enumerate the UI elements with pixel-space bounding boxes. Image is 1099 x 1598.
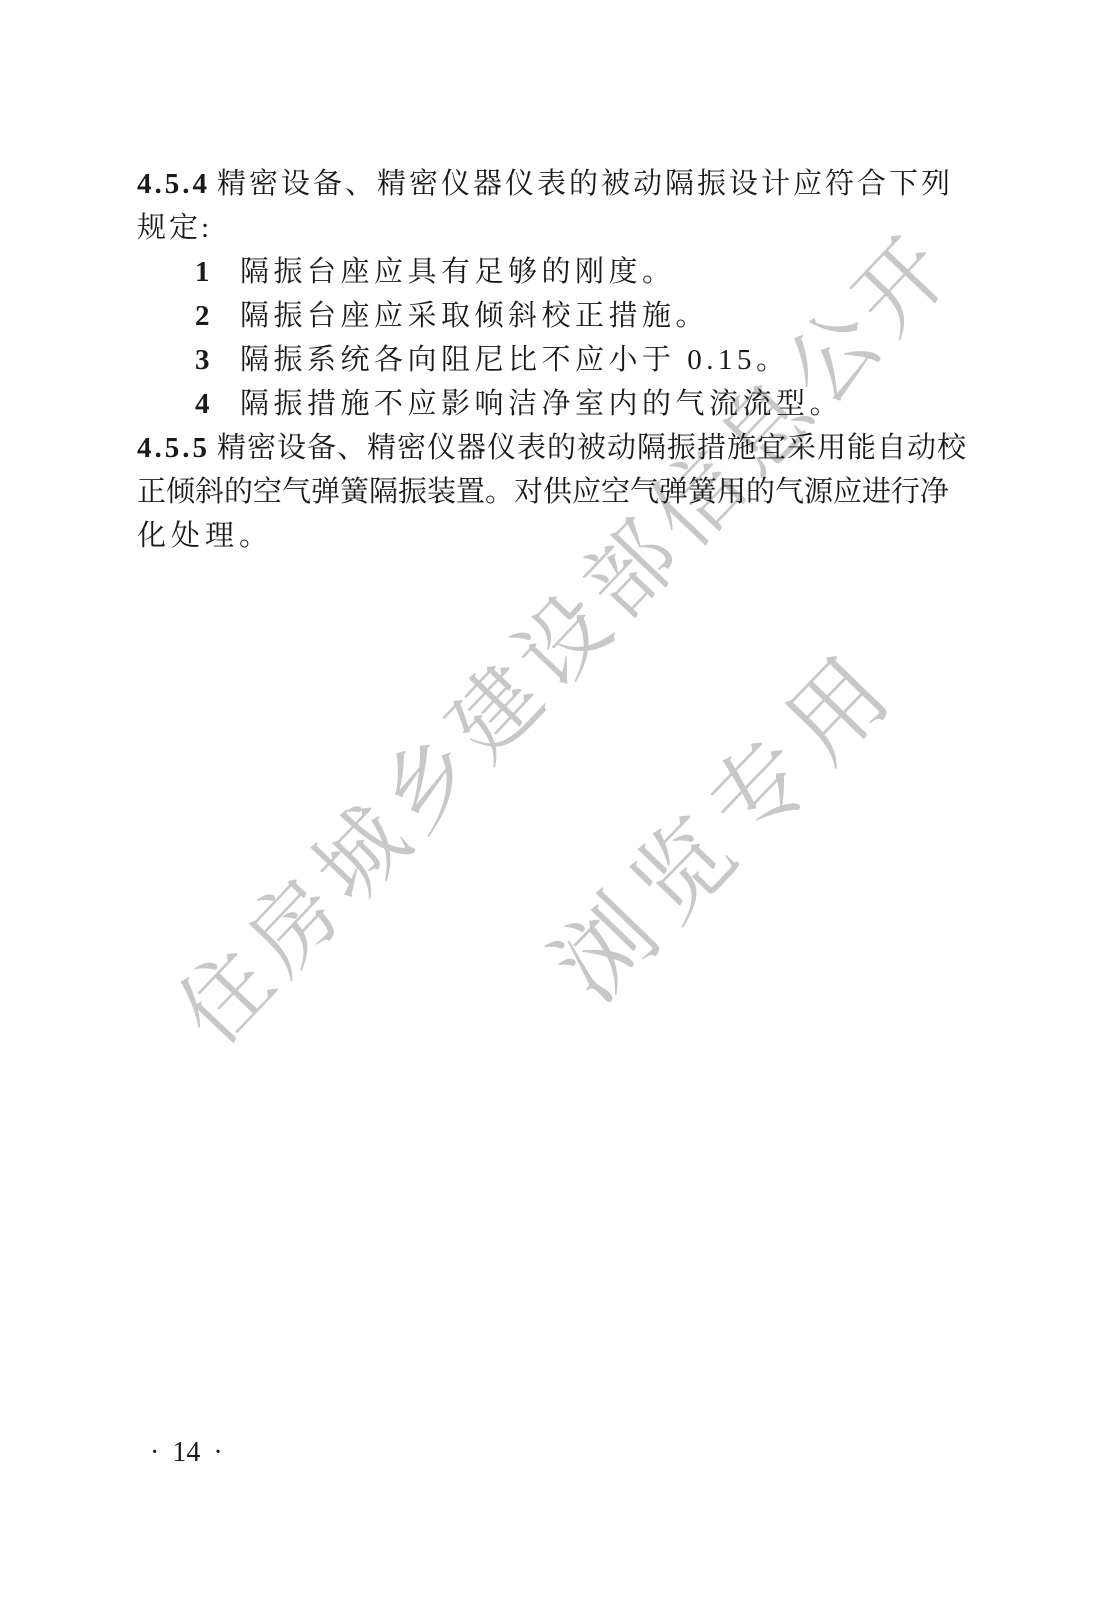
clause-454-text: 精密设备、精密仪器仪表的被动隔振设计应符合下列 <box>217 168 953 200</box>
list-item-number: 1 <box>195 250 240 294</box>
document-page: 住房城乡建设部信息公开 浏览专用 4.5.4精密设备、精密仪器仪表的被动隔振设计… <box>0 0 1099 1598</box>
list-item-number: 2 <box>195 294 240 338</box>
page-footer: · 14 · <box>150 1439 223 1467</box>
footer-right-dot: · <box>213 1439 222 1467</box>
clause-454-line-1: 4.5.4精密设备、精密仪器仪表的被动隔振设计应符合下列 <box>0 162 1099 206</box>
list-item-text: 隔振台座应采取倾斜校正措施。 <box>240 300 709 332</box>
clause-455-line-2: 正倾斜的空气弹簧隔振装置。对供应空气弹簧用的气源应进行净 <box>0 470 1099 514</box>
clause-454-number: 4.5.4 <box>137 162 217 206</box>
list-item-number: 4 <box>195 382 240 426</box>
list-item: 4隔振措施不应影响洁净室内的气流流型。 <box>0 382 1099 426</box>
list-item: 3隔振系统各向阻尼比不应小于 0.15。 <box>0 338 1099 382</box>
clause-455-line-3: 化处理。 <box>0 514 1099 558</box>
list-item: 2隔振台座应采取倾斜校正措施。 <box>0 294 1099 338</box>
clause-455-text: 精密设备、精密仪器仪表的被动隔振措施宜采用能自动校 <box>217 432 967 464</box>
clause-455-number: 4.5.5 <box>137 426 217 470</box>
clause-455-text-continued: 化处理。 <box>137 520 273 552</box>
clause-454-text-continued: 规定: <box>137 212 212 244</box>
clause-455-text-continued: 正倾斜的空气弹簧隔振装置。对供应空气弹簧用的气源应进行净 <box>137 476 949 508</box>
footer-left-dot: · <box>150 1439 159 1467</box>
clause-455-line-1: 4.5.5精密设备、精密仪器仪表的被动隔振措施宜采用能自动校 <box>0 426 1099 470</box>
list-item-number: 3 <box>195 338 240 382</box>
list-item: 1隔振台座应具有足够的刚度。 <box>0 250 1099 294</box>
page-number: 14 <box>172 1439 200 1467</box>
list-item-text: 隔振措施不应影响洁净室内的气流流型。 <box>240 388 843 420</box>
list-item-text: 隔振台座应具有足够的刚度。 <box>240 256 676 288</box>
list-item-text: 隔振系统各向阻尼比不应小于 0.15。 <box>240 344 790 376</box>
page-body: 4.5.4精密设备、精密仪器仪表的被动隔振设计应符合下列 规定: 1隔振台座应具… <box>0 162 1099 558</box>
clause-454-line-2: 规定: <box>0 206 1099 250</box>
